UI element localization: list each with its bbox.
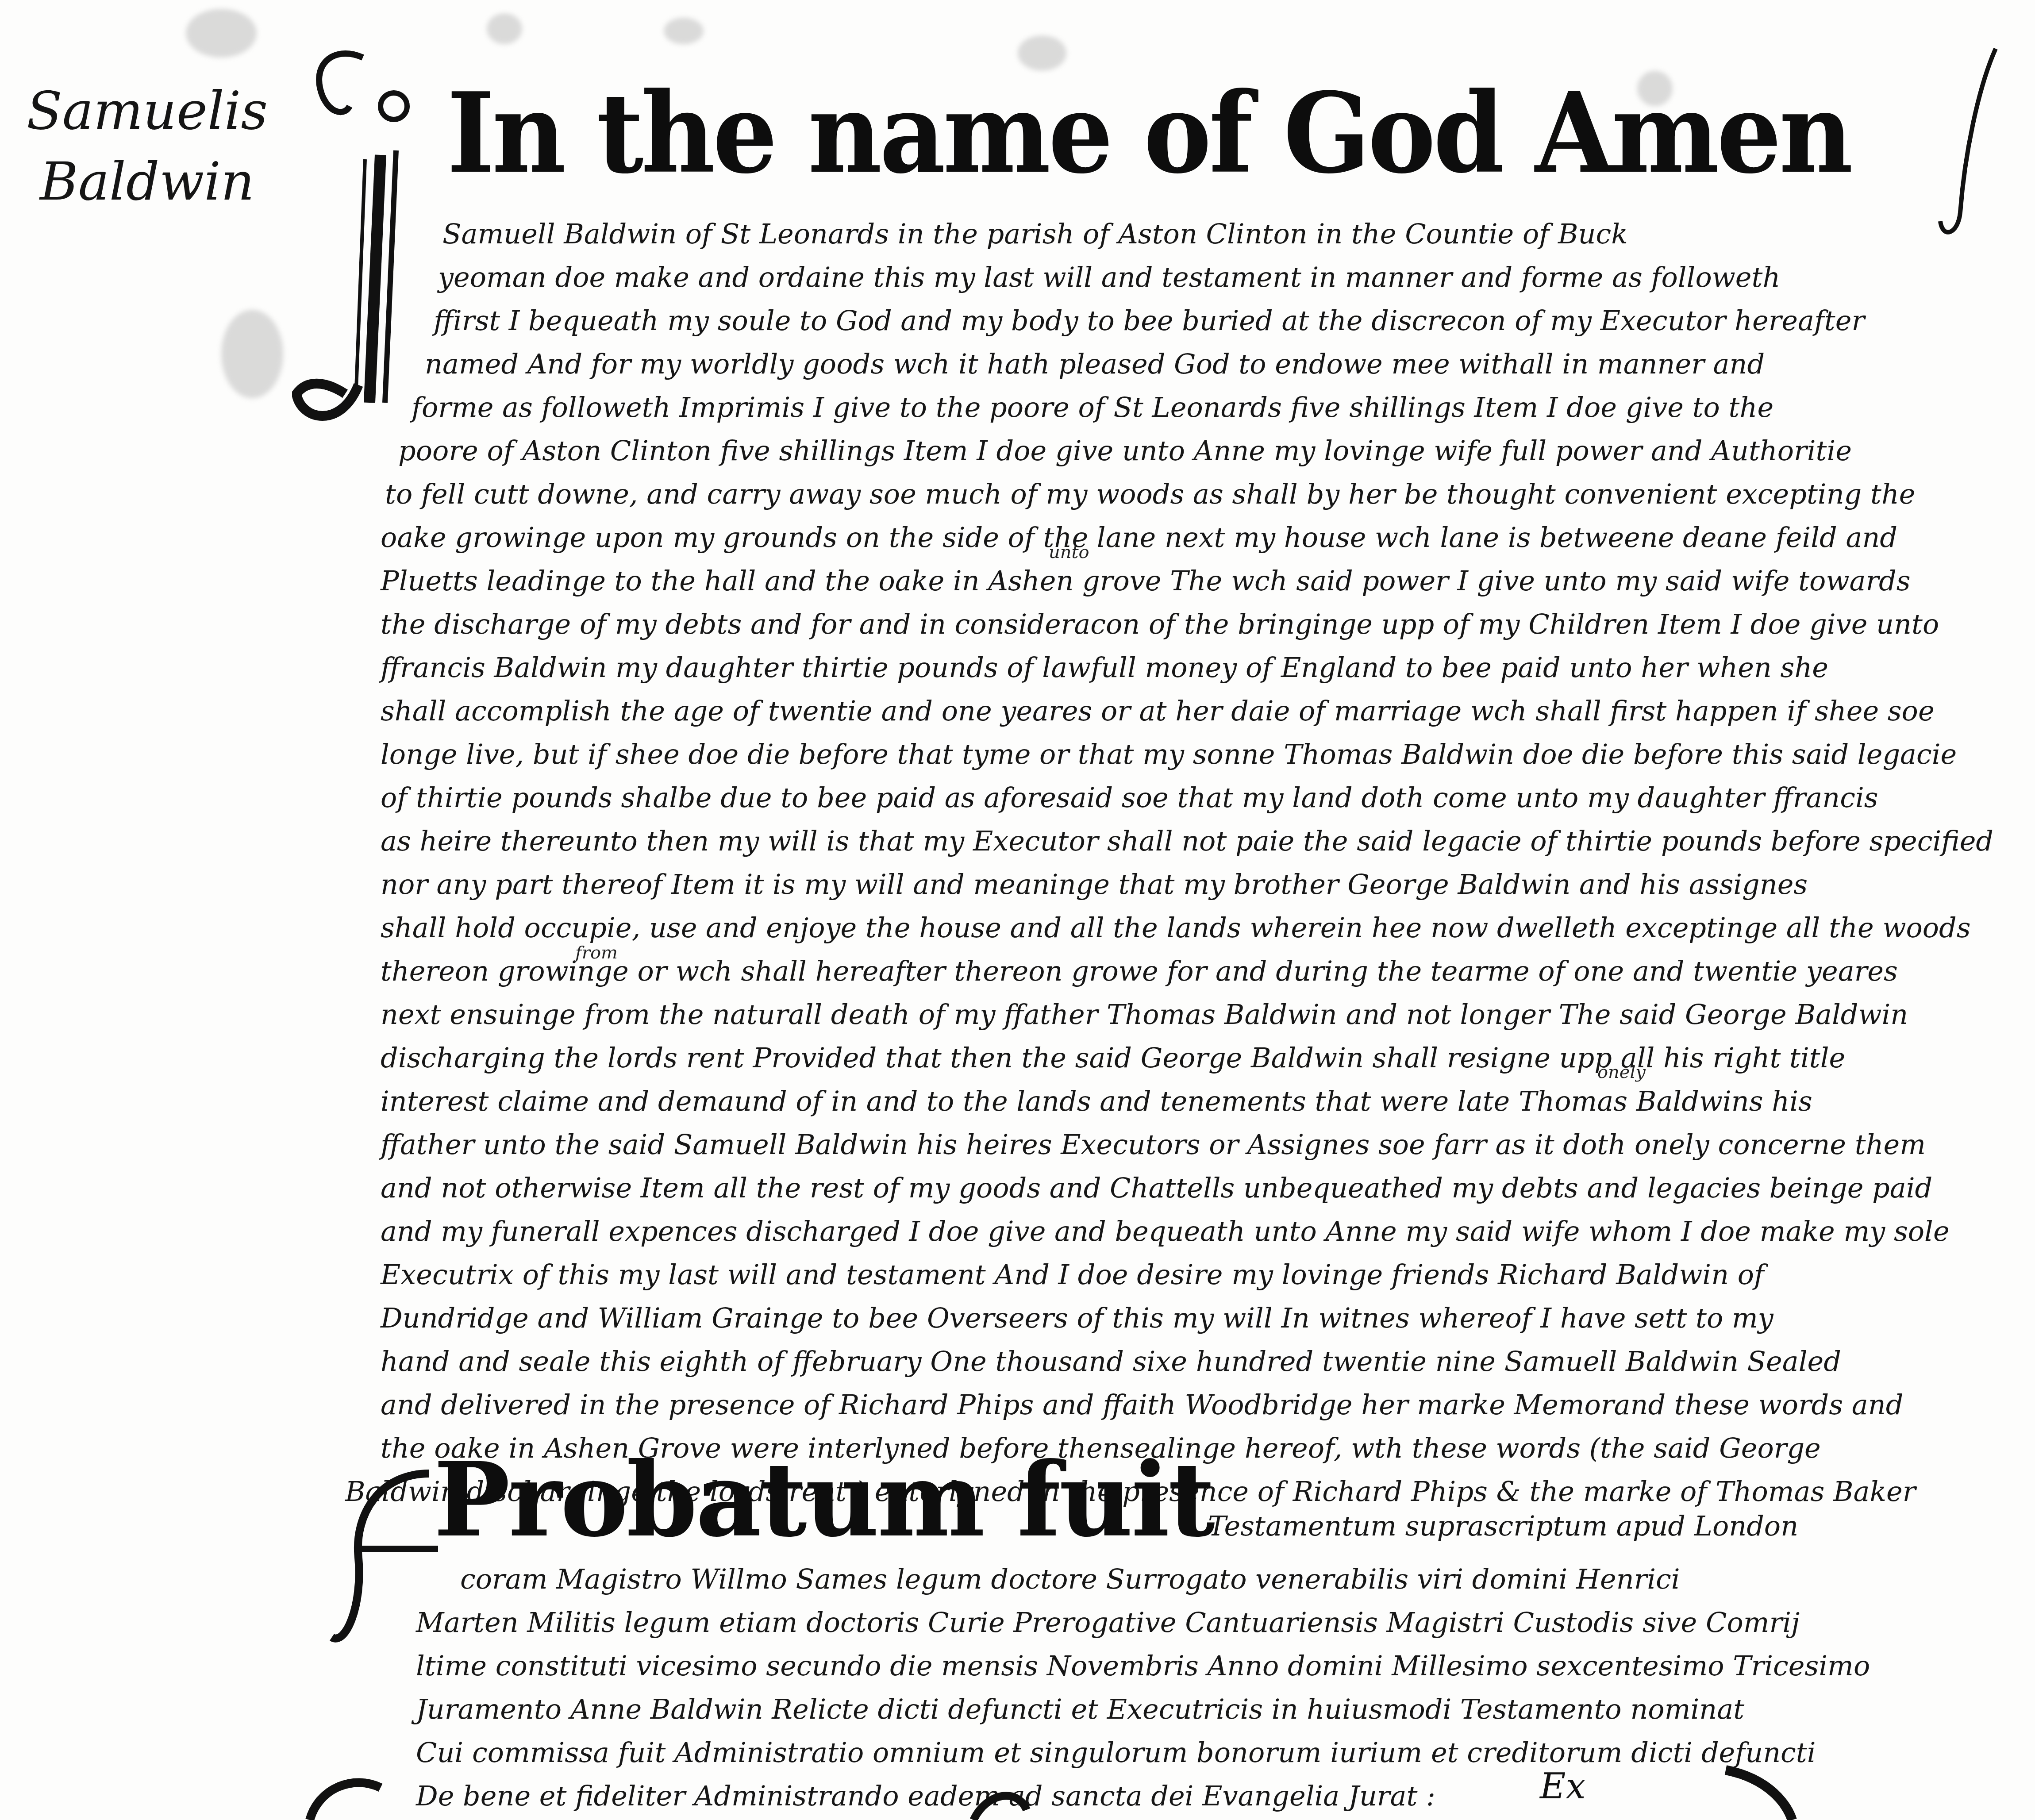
probate-line: coram Magistro Willmo Sames legum doctor… — [416, 1558, 1943, 1601]
will-line: hand and seale this eighth of ffebruary … — [381, 1340, 1912, 1383]
will-line: nor any part thereof Item it is my will … — [381, 863, 1912, 906]
probate-line: Juramento Anne Baldwin Relicte dicti def… — [416, 1688, 1943, 1731]
paper-stain — [487, 13, 522, 44]
margin-note-line: Baldwin — [27, 146, 274, 217]
will-line: Pluetts leadinge to the hall and the oak… — [381, 559, 1912, 603]
will-line: and delivered in the presence of Richard… — [381, 1383, 1912, 1427]
probate-line: Testamentum suprascriptum apud London — [1208, 1504, 1798, 1548]
probate-title: Probatum fuit — [434, 1447, 1213, 1553]
will-line: to fell cutt downe, and carry away soe m… — [381, 473, 1912, 516]
interlineation: unto — [1049, 542, 1089, 562]
margin-note: Samuelis Baldwin — [27, 75, 274, 217]
paper-stain — [1018, 35, 1066, 71]
will-line: longe live, but if shee doe die before t… — [381, 733, 1912, 776]
will-line: Samuell Baldwin of St Leonards in the pa… — [381, 212, 1912, 256]
will-line: interest claime and demaund of in and to… — [381, 1080, 1912, 1123]
paper-stain — [186, 9, 257, 58]
will-line: ffrancis Baldwin my daughter thirtie pou… — [381, 646, 1912, 689]
interlineation: onely — [1597, 1062, 1646, 1082]
margin-note-line: Samuelis — [27, 75, 274, 146]
will-line: forme as followeth Imprimis I give to th… — [381, 386, 1912, 429]
will-heading: In the name of God Amen — [447, 75, 1850, 190]
will-line: ffirst I bequeath my soule to God and my… — [381, 299, 1912, 342]
next-entry-flourish — [0, 1761, 2035, 1820]
heading-flourish — [1938, 44, 2004, 243]
will-line: yeoman doe make and ordaine this my last… — [381, 256, 1912, 299]
will-line: poore of Aston Clinton five shillings It… — [381, 429, 1912, 473]
will-line: discharging the lords rent Provided that… — [381, 1036, 1912, 1080]
will-line: named And for my worldly goods wch it ha… — [381, 342, 1912, 386]
will-line: and not otherwise Item all the rest of m… — [381, 1166, 1912, 1210]
manuscript-page: Samuelis Baldwin In the name of God Amen… — [0, 0, 2035, 1820]
will-line: Dundridge and William Grainge to bee Ove… — [381, 1297, 1912, 1340]
will-line: of thirtie pounds shalbe due to bee paid… — [381, 776, 1912, 820]
will-line: shall accomplish the age of twentie and … — [381, 689, 1912, 733]
will-body: Samuell Baldwin of St Leonards in the pa… — [381, 212, 1912, 1513]
will-line: the discharge of my debts and for and in… — [381, 603, 1912, 646]
will-line: next ensuinge from the naturall death of… — [381, 993, 1912, 1036]
will-line: ffather unto the said Samuell Baldwin hi… — [381, 1123, 1912, 1166]
probate-line: Marten Militis legum etiam doctoris Curi… — [416, 1601, 1943, 1644]
will-line: Executrix of this my last will and testa… — [381, 1253, 1912, 1297]
will-line: and my funerall expences discharged I do… — [381, 1210, 1912, 1253]
probate-line: ltime constituti vicesimo secundo die me… — [416, 1644, 1943, 1688]
will-line: as heire thereunto then my will is that … — [381, 820, 1912, 863]
paper-stain — [221, 310, 283, 398]
interlineation: from — [575, 943, 618, 963]
paper-stain — [664, 18, 704, 44]
will-line: oake growinge upon my grounds on the sid… — [381, 516, 1912, 559]
